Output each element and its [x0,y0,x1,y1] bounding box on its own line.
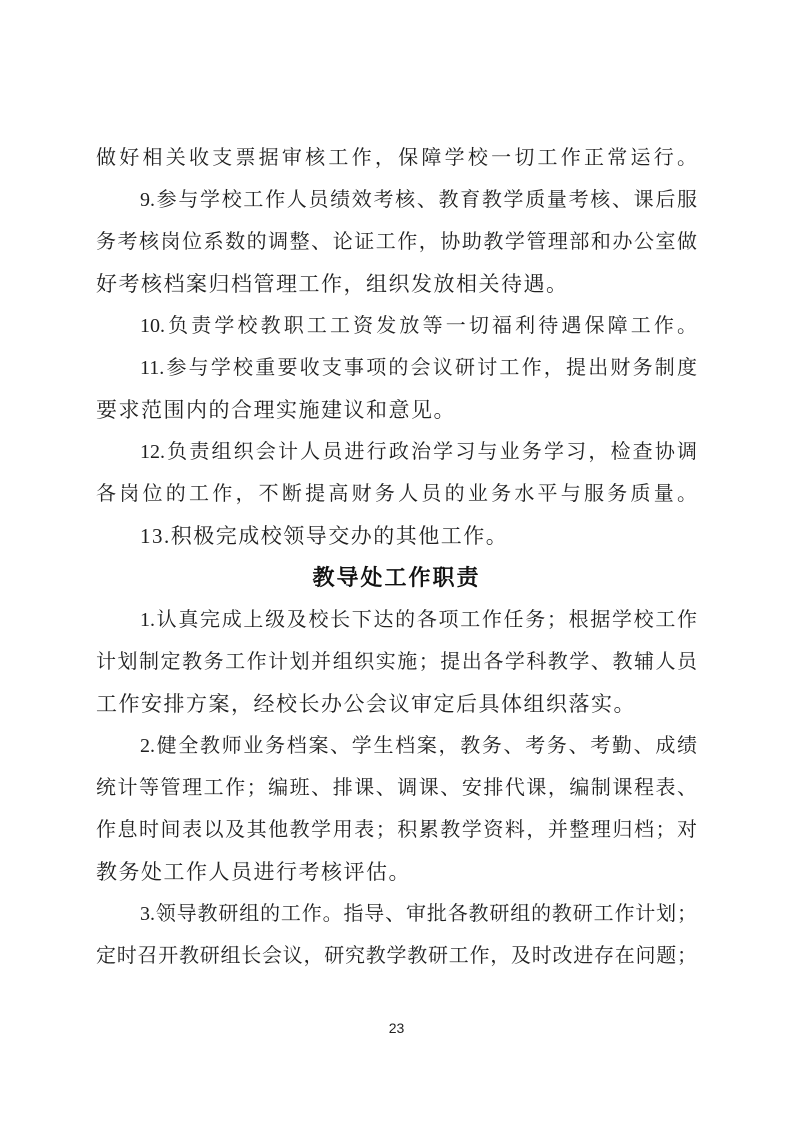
text-line: 12.负责组织会计人员进行政治学习与业务学习，检查协调 [96,431,697,473]
text-line: 教务处工作人员进行考核评估。 [96,851,697,893]
text-line: 13.积极完成校领导交办的其他工作。 [96,515,697,557]
text-line: 10.负责学校教职工工资发放等一切福利待遇保障工作。 [96,305,697,347]
text-line: 计划制定教务工作计划并组织实施；提出各学科教学、教辅人员 [96,641,697,683]
text-line: 9.参与学校工作人员绩效考核、教育教学质量考核、课后服 [96,179,697,221]
text-line: 做好相关收支票据审核工作，保障学校一切工作正常运行。 [96,137,697,179]
text-line: 11.参与学校重要收支事项的会议研讨工作，提出财务制度 [96,347,697,389]
text-line: 各岗位的工作，不断提高财务人员的业务水平与服务质量。 [96,473,697,515]
page-number: 23 [0,1020,793,1036]
section-heading: 教导处工作职责 [96,557,697,599]
text-line: 统计等管理工作；编班、排课、调课、安排代课，编制课程表、 [96,767,697,809]
text-line: 2.健全教师业务档案、学生档案，教务、考务、考勤、成绩 [96,725,697,767]
text-line: 作息时间表以及其他教学用表；积累教学资料，并整理归档；对 [96,809,697,851]
text-line: 好考核档案归档管理工作，组织发放相关待遇。 [96,263,697,305]
text-line: 务考核岗位系数的调整、论证工作，协助教学管理部和办公室做 [96,221,697,263]
document-page: 做好相关收支票据审核工作，保障学校一切工作正常运行。 9.参与学校工作人员绩效考… [0,0,793,1122]
text-line: 工作安排方案，经校长办公会议审定后具体组织落实。 [96,683,697,725]
text-line: 1.认真完成上级及校长下达的各项工作任务；根据学校工作 [96,599,697,641]
text-line: 3.领导教研组的工作。指导、审批各教研组的教研工作计划； [96,893,697,935]
text-line: 要求范围内的合理实施建议和意见。 [96,389,697,431]
page-body: 做好相关收支票据审核工作，保障学校一切工作正常运行。 9.参与学校工作人员绩效考… [96,137,697,977]
text-line: 定时召开教研组长会议，研究教学教研工作，及时改进存在问题； [96,935,697,977]
